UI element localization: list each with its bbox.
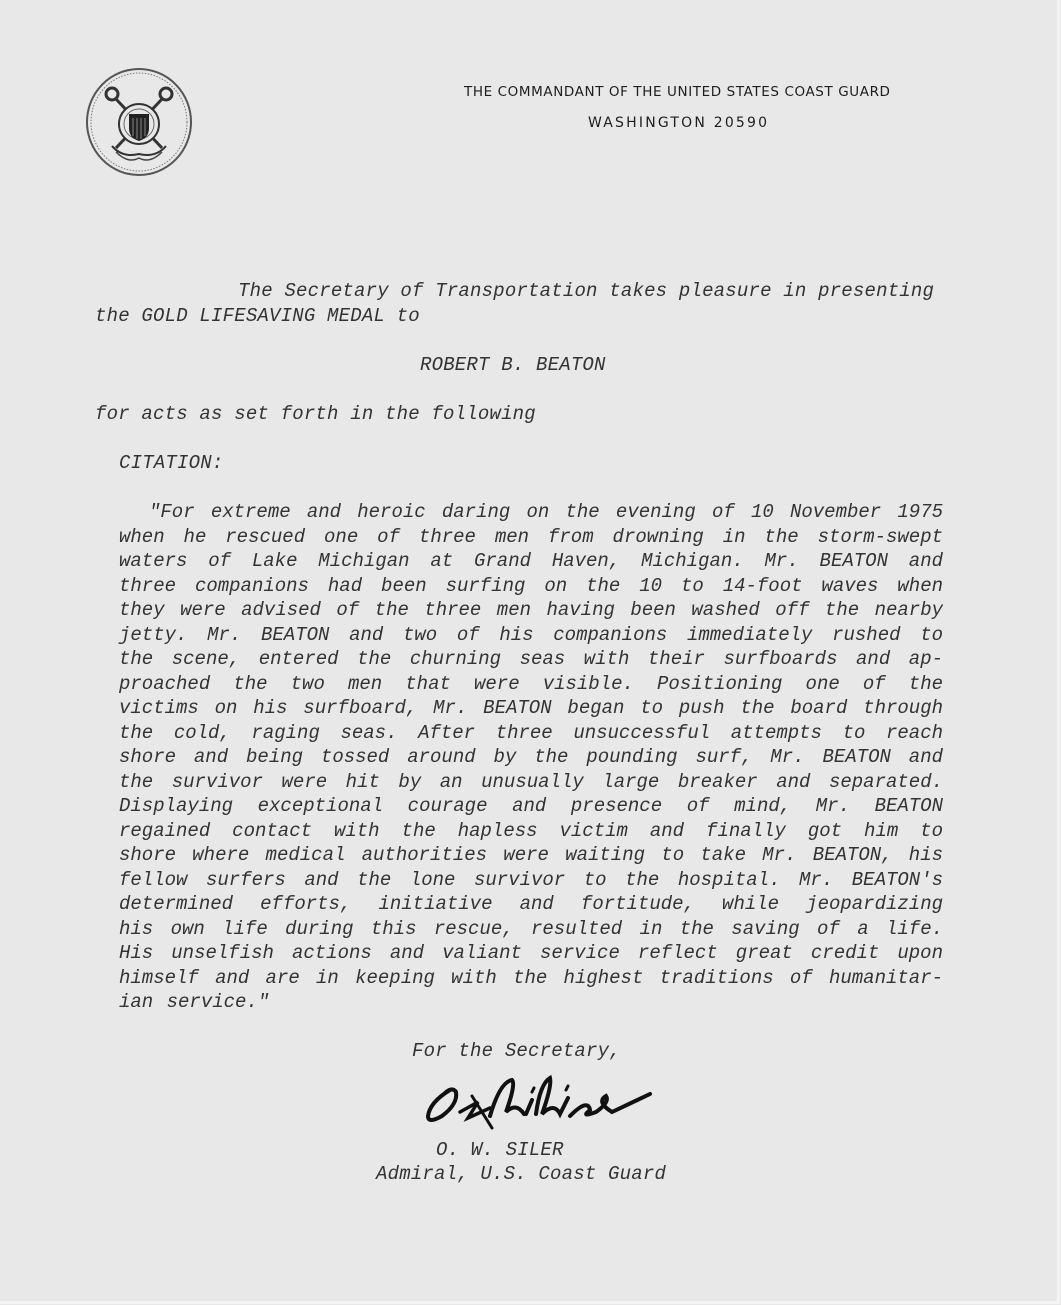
citation-line: when he rescued one of three men from dr… [119, 525, 943, 550]
citation-line: fellow surfers and the lone survivor to … [119, 868, 943, 893]
letterhead-title: THE COMMANDANT OF THE UNITED STATES COAS… [464, 84, 954, 100]
coast-guard-seal-icon [84, 66, 194, 178]
intro-line-2: the GOLD LIFESAVING MEDAL to [95, 305, 420, 327]
recipient-name: ROBERT B. BEATON [420, 354, 606, 376]
citation-line: himself and are in keeping with the high… [119, 966, 943, 991]
intro-line-1: The Secretary of Transportation takes pl… [238, 280, 934, 302]
handwritten-signature-icon [420, 1072, 680, 1132]
letterhead-city: WASHINGTON 20590 [588, 115, 769, 131]
citation-line: the cold, raging seas. After three unsuc… [119, 721, 943, 746]
citation-line: they were advised of the three men havin… [119, 598, 943, 623]
signer-title: Admiral, U.S. Coast Guard [376, 1163, 666, 1185]
citation-line: three companions had been surfing on the… [119, 574, 943, 599]
citation-line: victims on his surfboard, Mr. BEATON beg… [119, 696, 943, 721]
closing-for-line: For the Secretary, [412, 1040, 621, 1062]
citation-line: ian service." [119, 990, 943, 1015]
citation-body: "For extreme and heroic daring on the ev… [119, 500, 943, 1015]
citation-line: "For extreme and heroic daring on the ev… [119, 500, 943, 525]
citation-line: shore where medical authorities were wai… [119, 843, 943, 868]
citation-line: regained contact with the hapless victim… [119, 819, 943, 844]
signer-name: O. W. SILER [436, 1139, 564, 1161]
citation-line: Displaying exceptional courage and prese… [119, 794, 943, 819]
citation-line: His unselfish actions and valiant servic… [119, 941, 943, 966]
acts-line: for acts as set forth in the following [95, 403, 536, 425]
citation-line: waters of Lake Michigan at Grand Haven, … [119, 549, 943, 574]
citation-line: the scene, entered the churning seas wit… [119, 647, 943, 672]
letter-page: THE COMMANDANT OF THE UNITED STATES COAS… [0, 0, 1060, 1304]
citation-heading: CITATION: [119, 452, 223, 474]
citation-line: shore and being tossed around by the pou… [119, 745, 943, 770]
citation-line: his own life during this rescue, resulte… [119, 917, 943, 942]
citation-line: jetty. Mr. BEATON and two of his compani… [119, 623, 943, 648]
citation-line: the survivor were hit by an unusually la… [119, 770, 943, 795]
citation-line: determined efforts, initiative and forti… [119, 892, 943, 917]
citation-line: proached the two men that were visible. … [119, 672, 943, 697]
